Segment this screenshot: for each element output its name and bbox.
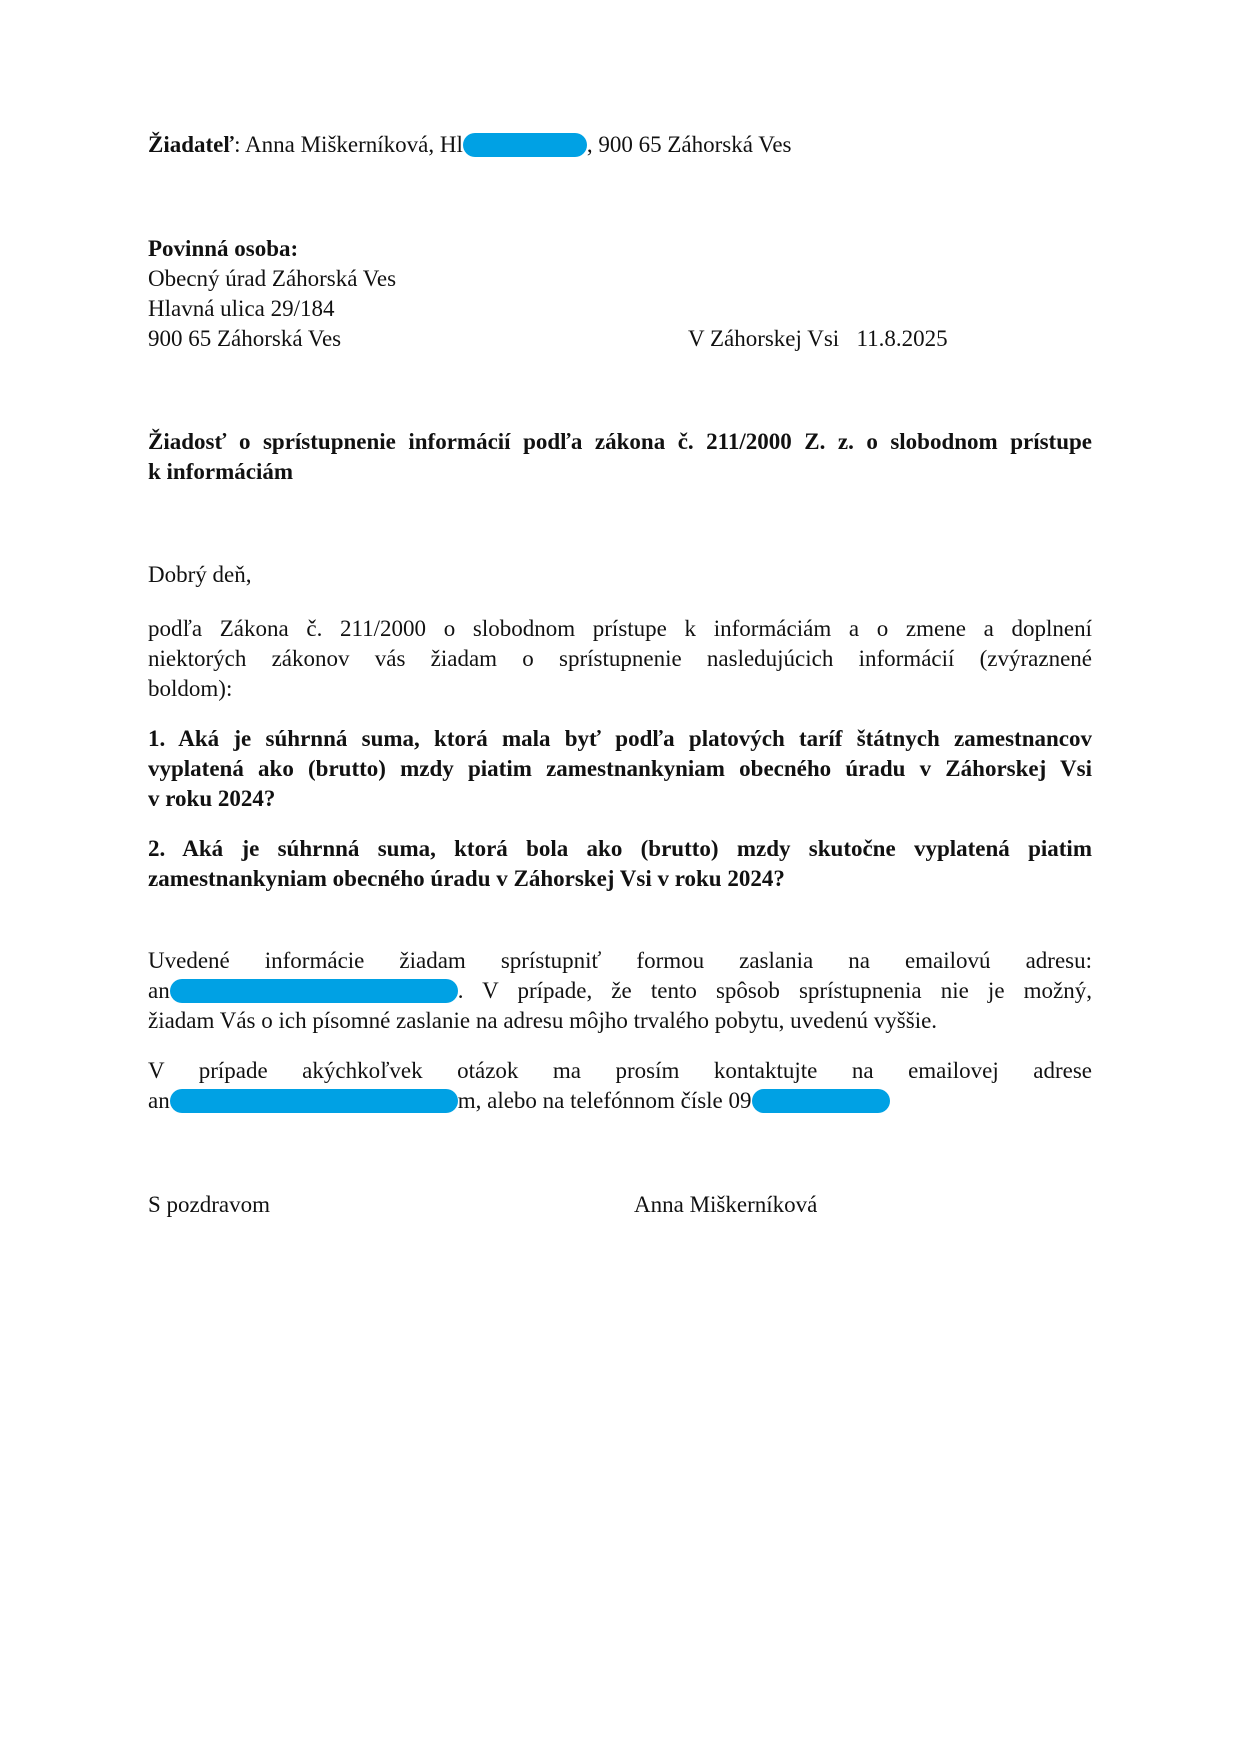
- delivery-line-2-text: . V prípade, že tento spôsob sprístupnen…: [458, 978, 1092, 1003]
- applicant-line: Žiadateľ: Anna Miškerníková, Hl, 900 65 …: [148, 128, 792, 162]
- email-prefix: an: [148, 978, 170, 1003]
- question-1-line-2: vyplatená ako (brutto) mzdy piatim zames…: [148, 752, 1092, 786]
- question-2-line-1: 2. Aká je súhrnná suma, ktorá bola ako (…: [148, 832, 1092, 866]
- place-date: V Záhorskej Vsi 11.8.2025: [688, 322, 948, 356]
- greeting: Dobrý deň,: [148, 558, 251, 592]
- obliged-person-line-3: 900 65 Záhorská Ves: [148, 322, 341, 356]
- redaction-address: [463, 133, 587, 157]
- letter-page: Žiadateľ: Anna Miškerníková, Hl, 900 65 …: [0, 0, 1241, 1755]
- applicant-label: Žiadateľ: [148, 132, 234, 157]
- question-1-line-3: v roku 2024?: [148, 782, 275, 816]
- redaction-email: [170, 979, 458, 1003]
- intro-line-3: boldom):: [148, 672, 232, 706]
- delivery-line-1: Uvedené informácie žiadam sprístupniť fo…: [148, 944, 1092, 978]
- question-2-line-2: zamestnankyniam obecného úradu v Záhorsk…: [148, 862, 785, 896]
- contact-line-2: anm, alebo na telefónnom čísle 09: [148, 1084, 890, 1118]
- applicant-address-suffix: , 900 65 Záhorská Ves: [587, 132, 792, 157]
- subject-line-1: Žiadosť o sprístupnenie informácií podľa…: [148, 425, 1092, 459]
- closing: S pozdravom: [148, 1188, 270, 1222]
- signature: Anna Miškerníková: [634, 1188, 817, 1222]
- obliged-person-line-2: Hlavná ulica 29/184: [148, 292, 335, 326]
- subject-line-2: k informáciám: [148, 455, 293, 489]
- question-1-line-1: 1. Aká je súhrnná suma, ktorá mala byť p…: [148, 722, 1092, 756]
- delivery-line-2: an. V prípade, že tento spôsob sprístupn…: [148, 974, 1092, 1008]
- redaction-email-2: [170, 1089, 458, 1113]
- intro-line-2: niektorých zákonov vás žiadam o sprístup…: [148, 642, 1092, 676]
- obliged-person-line-1: Obecný úrad Záhorská Ves: [148, 262, 396, 296]
- delivery-line-3: žiadam Vás o ich písomné zaslanie na adr…: [148, 1004, 937, 1038]
- redaction-phone: [752, 1089, 890, 1113]
- obliged-person-label: Povinná osoba:: [148, 232, 298, 266]
- intro-line-1: podľa Zákona č. 211/2000 o slobodnom prí…: [148, 612, 1092, 646]
- contact-line-2-text: m, alebo na telefónnom čísle 09: [458, 1088, 752, 1113]
- contact-line-1: V prípade akýchkoľvek otázok ma prosím k…: [148, 1054, 1092, 1088]
- email-prefix-2: an: [148, 1088, 170, 1113]
- applicant-name: : Anna Miškerníková, Hl: [234, 132, 463, 157]
